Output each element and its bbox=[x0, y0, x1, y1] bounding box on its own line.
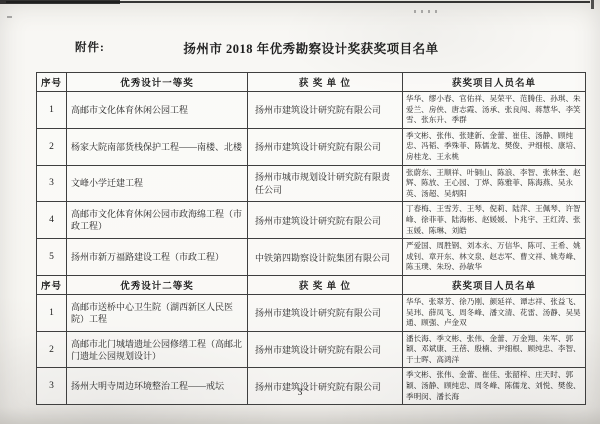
column-header: 获 奖 单 位 bbox=[248, 73, 403, 92]
scan-artifact-left bbox=[7, 16, 12, 18]
award-unit-cell: 扬州市建筑设计研究院有限公司 bbox=[248, 331, 403, 368]
awardees-cell: 季文彬、张伟、张建新、金蕾、崔佳、汤静、顾纯忠、冯韬、季殊菲、陈儒龙、樊俊、尹细… bbox=[403, 128, 586, 165]
table-row: 1高邮市送桥中心卫生院（湖西新区人民医院）工程扬州市建筑设计研究院有限公司华华、… bbox=[37, 294, 586, 331]
project-name-cell: 扬州市新万福路建设工程（市政工程） bbox=[67, 239, 248, 276]
header-row: 序号优秀设计一等奖获 奖 单 位获奖项目人员名单 bbox=[37, 73, 586, 92]
award-unit-cell: 扬州市建筑设计研究院有限公司 bbox=[248, 202, 403, 239]
project-name-cell: 杨家大院南部货栈保护工程——南楼、北楼 bbox=[67, 128, 248, 165]
project-name-cell: 高邮市北门城墙遗址公园修缮工程（高邮北门遗址公园规划设计） bbox=[67, 331, 248, 368]
awardees-cell: 丁春梅、王雪芳、王琴、倪莉、陆萍、王佩琴、许智峰、徐菲菲、陆海彬、赵媛媛、卜兆宇… bbox=[403, 202, 586, 239]
scan-artifact-corner bbox=[591, 0, 594, 9]
award-unit-cell: 扬州市城市规划设计研究院有限责任公司 bbox=[248, 165, 403, 202]
column-header: 获奖项目人员名单 bbox=[403, 73, 586, 92]
table-row: 4高邮市文化体育休闲公园市政海绵工程（市政工程）扬州市建筑设计研究院有限公司丁春… bbox=[37, 202, 586, 239]
award-unit-cell: 扬州市建筑设计研究院有限公司 bbox=[248, 368, 403, 405]
project-name-cell: 扬州大明寺周边环境整治工程——戒坛 bbox=[67, 368, 248, 405]
column-header: 优秀设计一等奖 bbox=[67, 73, 248, 92]
award-unit-cell: 扬州市建筑设计研究院有限公司 bbox=[248, 92, 403, 129]
awardees-cell: 张蔚东、王顺祥、叶铜山、陈浪、李智、张林奎、赵辉、陈放、王心园、丁烨、陈雅菲、陈… bbox=[403, 165, 586, 202]
row-index-cell: 2 bbox=[37, 128, 67, 165]
row-index-cell: 3 bbox=[37, 368, 67, 405]
row-index-cell: 3 bbox=[37, 165, 67, 202]
row-index-cell: 4 bbox=[37, 202, 67, 239]
scan-artifact-top-line bbox=[6, 1, 590, 3]
table-row: 5扬州市新万福路建设工程（市政工程）中铁第四勘察设计院集团有限公司严爱国、周胜钢… bbox=[37, 239, 586, 276]
table-row: 2杨家大院南部货栈保护工程——南楼、北楼扬州市建筑设计研究院有限公司季文彬、张伟… bbox=[37, 128, 586, 165]
award-unit-cell: 扬州市建筑设计研究院有限公司 bbox=[248, 128, 403, 165]
awardees-cell: 季文彬、张伟、金蕾、崔佳、张韶梓、庄天时、郭颖、汤静、顾纯忠、周冬峰、陈儒龙、刘… bbox=[403, 368, 586, 405]
row-index-cell: 5 bbox=[37, 239, 67, 276]
project-name-cell: 高邮市文化体育休闲公园工程 bbox=[67, 92, 248, 129]
project-name-cell: 高邮市送桥中心卫生院（湖西新区人民医院）工程 bbox=[67, 294, 248, 331]
table-row: 2高邮市北门城墙遗址公园修缮工程（高邮北门遗址公园规划设计）扬州市建筑设计研究院… bbox=[37, 331, 586, 368]
row-index-cell: 1 bbox=[37, 294, 67, 331]
scan-artifact-dots bbox=[414, 10, 440, 13]
awardees-cell: 华华、张翠芳、徐乃刚、颜延祥、谭志祥、张益飞、吴玮、薛凤飞、周冬峰、潘文清、花雷… bbox=[403, 294, 586, 331]
project-name-cell: 文峰小学迁建工程 bbox=[67, 165, 248, 202]
document-header: 附件: 扬州市 2018 年优秀勘察设计奖获奖项目名单 bbox=[37, 39, 585, 59]
awardees-cell: 潘长海、季文彬、张伟、金蕾、万金翔、朱军、郭颖、邓斌康、王蓓、殷楠、尹细根、顾纯… bbox=[403, 331, 586, 368]
award-unit-cell: 中铁第四勘察设计院集团有限公司 bbox=[248, 239, 403, 276]
award-table: 序号优秀设计一等奖获 奖 单 位获奖项目人员名单1高邮市文化体育休闲公园工程扬州… bbox=[36, 72, 586, 276]
awardees-cell: 华华、缪小春、官佑祥、吴荣平、范腾佳、孙琪、朱爱兰、房侠、唐志霞、汤承、张良闯、… bbox=[403, 92, 586, 129]
table-row: 3文峰小学迁建工程扬州市城市规划设计研究院有限责任公司张蔚东、王顺祥、叶铜山、陈… bbox=[37, 165, 586, 202]
column-header: 优秀设计二等奖 bbox=[67, 275, 248, 294]
award-table: 序号优秀设计二等奖获 奖 单 位获奖项目人员名单1高邮市送桥中心卫生院（湖西新区… bbox=[36, 275, 586, 405]
project-name-cell: 高邮市文化体育休闲公园市政海绵工程（市政工程） bbox=[67, 202, 248, 239]
tables: 序号优秀设计一等奖获 奖 单 位获奖项目人员名单1高邮市文化体育休闲公园工程扬州… bbox=[36, 72, 586, 405]
row-index-cell: 1 bbox=[37, 92, 67, 129]
awardees-cell: 严爱国、周胜钢、刘本永、万信华、陈可、王希、姚成钊、章开东、林文泉、赵志军、曹文… bbox=[403, 239, 586, 276]
column-header: 获 奖 单 位 bbox=[248, 275, 403, 294]
row-index-cell: 2 bbox=[37, 331, 67, 368]
page-number: 3 bbox=[0, 388, 600, 398]
column-header: 序号 bbox=[37, 73, 67, 92]
column-header: 获奖项目人员名单 bbox=[403, 275, 586, 294]
page-title: 扬州市 2018 年优秀勘察设计奖获奖项目名单 bbox=[37, 39, 585, 57]
table-row: 1高邮市文化体育休闲公园工程扬州市建筑设计研究院有限公司华华、缪小春、官佑祥、吴… bbox=[37, 92, 586, 129]
column-header: 序号 bbox=[37, 275, 67, 294]
header-row: 序号优秀设计二等奖获 奖 单 位获奖项目人员名单 bbox=[37, 275, 586, 294]
award-unit-cell: 扬州市建筑设计研究院有限公司 bbox=[248, 294, 403, 331]
table-row: 3扬州大明寺周边环境整治工程——戒坛扬州市建筑设计研究院有限公司季文彬、张伟、金… bbox=[37, 368, 586, 405]
